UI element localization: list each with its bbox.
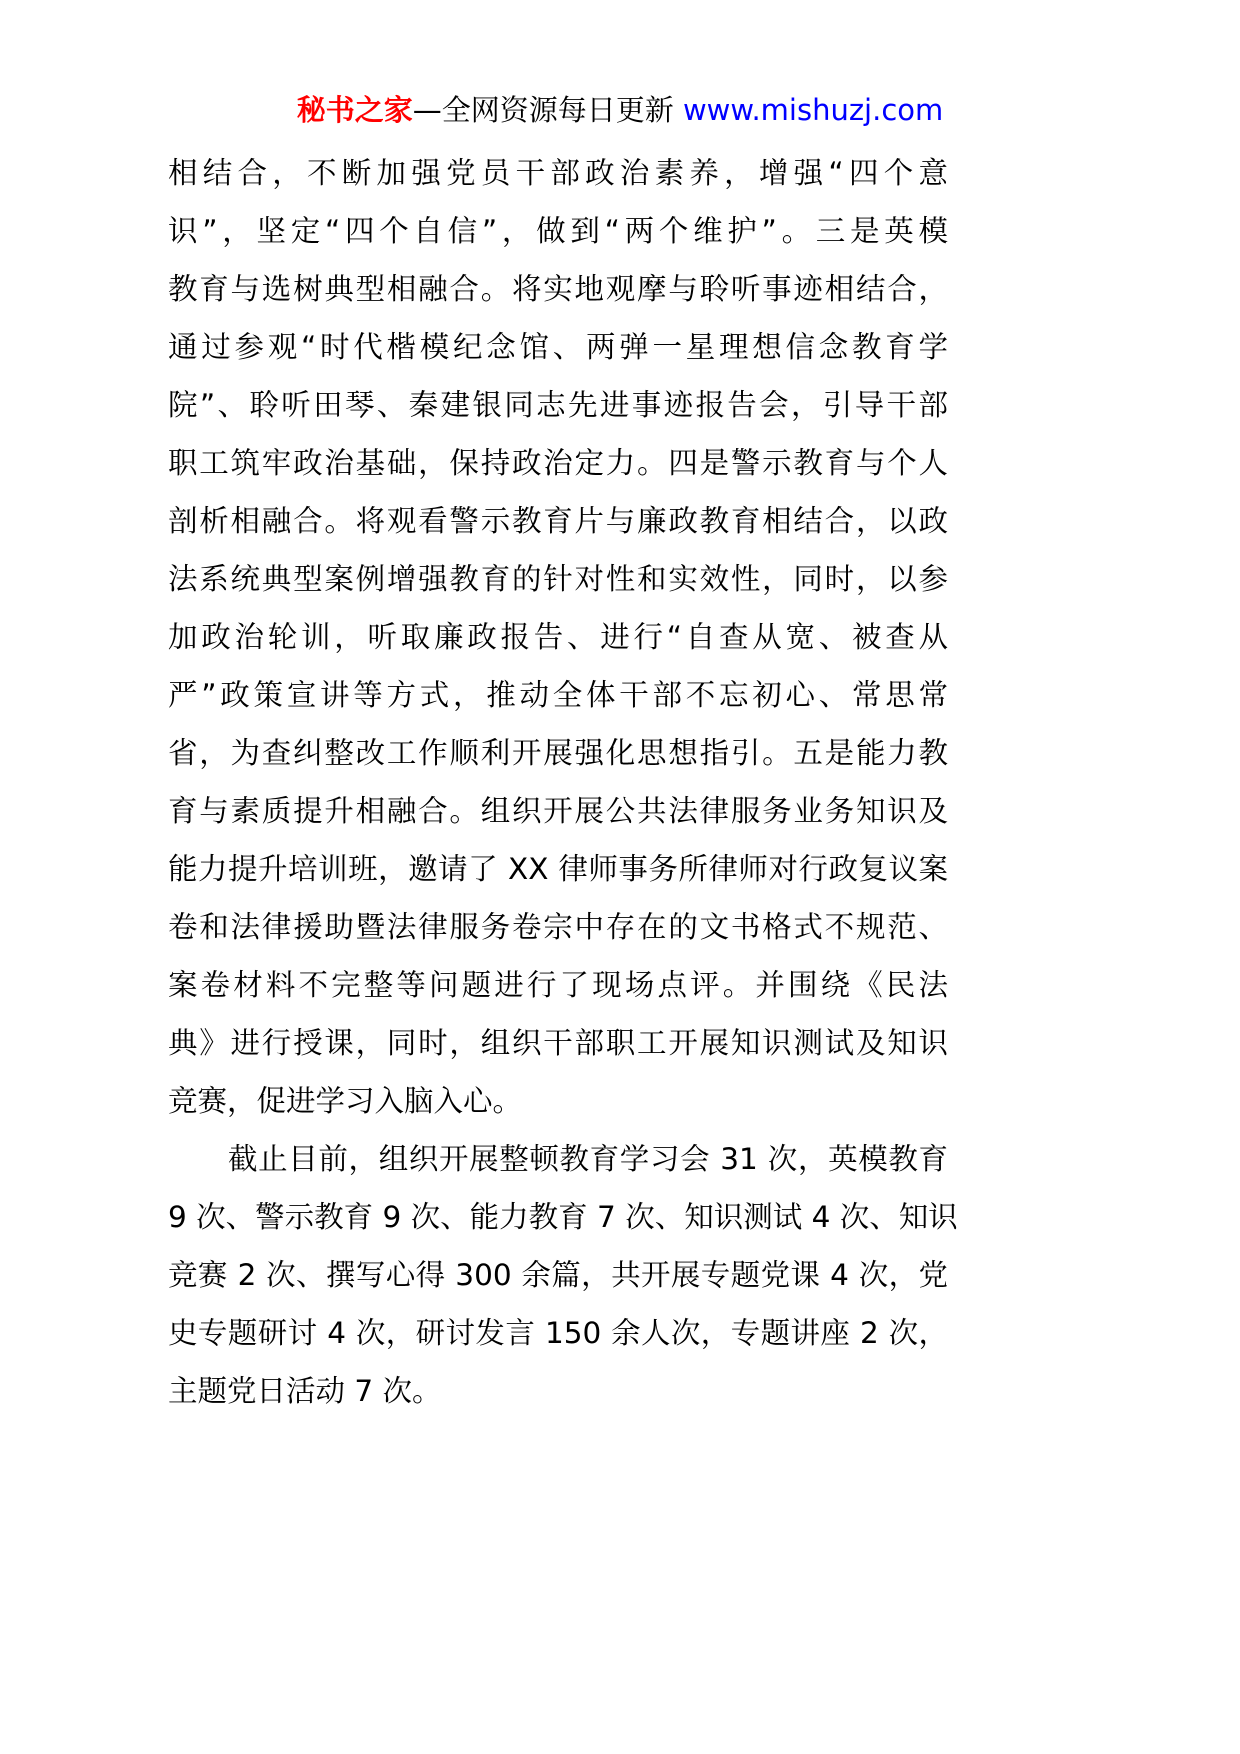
text-line: 严”政策宣讲等方式，推动全体干部不忘初心、常思常: [168, 666, 948, 724]
paragraph-statistics-summary: 截止目前，组织开展整顿教育学习会 31 次，英模教育 9 次、警示教育 9 次、…: [168, 1130, 948, 1420]
text-line: 识”，坚定“四个自信”，做到“两个维护”。三是英模: [168, 202, 948, 260]
text-line: 卷和法律援助暨法律服务卷宗中存在的文书格式不规范、: [168, 898, 948, 956]
text-line: 剖析相融合。将观看警示教育片与廉政教育相结合，以政: [168, 492, 948, 550]
text-line: 竞赛，促进学习入脑入心。: [168, 1072, 948, 1130]
document-body: 相结合，不断加强党员干部政治素养，增强“四个意 识”，坚定“四个自信”，做到“两…: [168, 144, 948, 1420]
text-line: 相结合，不断加强党员干部政治素养，增强“四个意: [168, 144, 948, 202]
text-line: 史专题研讨 4 次，研讨发言 150 余人次，专题讲座 2 次，: [168, 1304, 948, 1362]
text-line: 案卷材料不完整等问题进行了现场点评。并围绕《民法: [168, 956, 948, 1014]
website-link[interactable]: www.mishuzj.com: [683, 93, 943, 127]
header-tagline: —全网资源每日更新: [413, 93, 674, 127]
text-line: 竞赛 2 次、撰写心得 300 余篇，共开展专题党课 4 次，党: [168, 1246, 948, 1304]
paragraph-education-integration: 相结合，不断加强党员干部政治素养，增强“四个意 识”，坚定“四个自信”，做到“两…: [168, 144, 948, 1130]
text-line: 省，为查纠整改工作顺利开展强化思想指引。五是能力教: [168, 724, 948, 782]
text-line: 截止目前，组织开展整顿教育学习会 31 次，英模教育: [168, 1130, 948, 1188]
text-line: 法系统典型案例增强教育的针对性和实效性，同时，以参: [168, 550, 948, 608]
text-line: 通过参观“时代楷模纪念馆、两弹一星理想信念教育学: [168, 318, 948, 376]
text-line: 主题党日活动 7 次。: [168, 1362, 948, 1420]
text-line: 育与素质提升相融合。组织开展公共法律服务业务知识及: [168, 782, 948, 840]
text-line: 加政治轮训，听取廉政报告、进行“自查从宽、被查从: [168, 608, 948, 666]
page-header: 秘书之家—全网资源每日更新 www.mishuzj.com: [0, 90, 1240, 130]
text-line: 院”、聆听田琴、秦建银同志先进事迹报告会，引导干部: [168, 376, 948, 434]
text-line: 职工筑牢政治基础，保持政治定力。四是警示教育与个人: [168, 434, 948, 492]
text-line: 典》进行授课，同时，组织干部职工开展知识测试及知识: [168, 1014, 948, 1072]
document-page: 秘书之家—全网资源每日更新 www.mishuzj.com 相结合，不断加强党员…: [0, 0, 1240, 1754]
text-line: 9 次、警示教育 9 次、能力教育 7 次、知识测试 4 次、知识: [168, 1188, 948, 1246]
brand-name: 秘书之家: [297, 93, 413, 127]
text-line: 能力提升培训班，邀请了 XX 律师事务所律师对行政复议案: [168, 840, 948, 898]
text-line: 教育与选树典型相融合。将实地观摩与聆听事迹相结合，: [168, 260, 948, 318]
